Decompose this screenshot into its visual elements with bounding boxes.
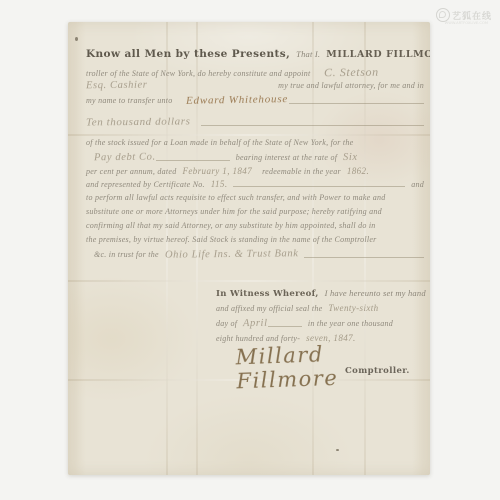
printed-text: and represented by Certificate No. <box>86 180 205 189</box>
printed-text: I have hereunto set my hand <box>325 288 426 298</box>
headline-script: That I. <box>296 49 320 59</box>
paper-crease <box>68 134 430 136</box>
printed-text: the premises, by virtue hereof. Said Sto… <box>86 235 377 244</box>
body-line: troller of the State of New York, do her… <box>86 65 424 80</box>
printed-text: eight hundred and forty- <box>216 334 300 343</box>
body-line: the premises, by virtue hereof. Said Sto… <box>86 235 424 244</box>
photo-background: 艺狐在线 WWW.ARTFOXLIVE.COM Know all Men by … <box>0 0 500 500</box>
body-line: per cent per annum, dated February 1, 18… <box>86 166 424 176</box>
printed-text: confirming all that my said Attorney, or… <box>86 221 376 230</box>
handwritten-month: April <box>243 318 268 329</box>
handwritten-appointee: C. Stetson <box>324 65 379 81</box>
watermark-row: 艺狐在线 <box>436 8 500 22</box>
handwritten-text: Esq. Cashier <box>86 80 148 92</box>
printed-text: troller of the State of New York, do her… <box>86 69 310 78</box>
printed-text: my true and lawful attorney, for me and … <box>278 81 424 90</box>
handwritten-date: February 1, 1847 <box>182 166 252 176</box>
handwritten-transferee: Edward Whitehouse <box>186 93 288 107</box>
site-watermark: 艺狐在线 WWW.ARTFOXLIVE.COM <box>436 8 500 29</box>
body-line: Esq. Cashier my true and lawful attorney… <box>86 80 424 91</box>
artfox-logo-icon <box>436 8 450 22</box>
paper-crease <box>68 280 430 282</box>
witness-line: day of April in the year one thousand <box>216 318 422 329</box>
printed-text: to perform all lawful acts requisite to … <box>86 193 385 202</box>
paper-speck <box>75 37 78 41</box>
body-line: my name to transfer unto Edward Whitehou… <box>86 94 424 106</box>
body-line: and represented by Certificate No. 115. … <box>86 179 424 189</box>
handwritten-amount: Ten thousand dollars <box>86 115 191 128</box>
printed-text: and affixed my official seal the <box>216 304 322 313</box>
blank-rule <box>156 160 230 161</box>
body-line: &c. in trust for the Ohio Life Ins. & Tr… <box>94 249 424 260</box>
printed-text: substitute one or more Attorneys under h… <box>86 207 382 216</box>
printed-text: &c. in trust for the <box>94 250 159 259</box>
watermark-chinese-text: 艺狐在线 <box>452 9 492 22</box>
handwritten-fund: Pay debt Co. <box>94 152 156 164</box>
printed-text: bearing interest at the rate of <box>236 153 337 162</box>
blank-rule <box>289 103 424 104</box>
body-line: substitute one or more Attorneys under h… <box>86 207 424 216</box>
blank-rule <box>233 186 405 187</box>
body-line: Ten thousand dollars <box>86 116 424 128</box>
comptroller-title: Comptroller. <box>345 366 410 376</box>
body-line: Pay debt Co. bearing interest at the rat… <box>94 152 424 163</box>
printed-text: per cent per annum, dated <box>86 167 176 176</box>
blank-rule <box>201 125 424 126</box>
handwritten-rate: Six <box>343 152 358 163</box>
body-line: confirming all that my said Attorney, or… <box>86 221 424 230</box>
blank-rule <box>268 326 302 327</box>
printed-text: redeemable in the year <box>262 167 341 176</box>
paper-speck <box>336 449 339 451</box>
printed-text: of the stock issued for a Loan made in b… <box>86 138 353 147</box>
body-line: of the stock issued for a Loan made in b… <box>86 138 424 147</box>
printed-text: day of <box>216 319 237 328</box>
printed-text: and <box>411 180 424 189</box>
headline-line: Know all Men by these Presents, That I. … <box>86 48 424 60</box>
witness-line: and affixed my official seal the Twenty-… <box>216 303 422 313</box>
handwritten-year: 1862. <box>347 166 369 176</box>
witness-bold-text: In Witness Whereof, <box>216 289 319 299</box>
body-line: to perform all lawful acts requisite to … <box>86 193 424 202</box>
printed-text: my name to transfer unto <box>86 96 172 105</box>
handwritten-day: Twenty-sixth <box>328 303 378 313</box>
watermark-url-text: WWW.ARTFOXLIVE.COM <box>445 21 488 25</box>
headline-name: MILLARD FILLMORE, <box>326 49 430 60</box>
headline-blackletter: Know all Men by these Presents, <box>86 48 290 60</box>
blank-rule <box>304 257 424 258</box>
handwritten-trust-name: Ohio Life Ins. & Trust Bank <box>165 248 299 260</box>
witness-line: In Witness Whereof, I have hereunto set … <box>216 288 422 299</box>
printed-text: in the year one thousand <box>308 319 393 328</box>
handwritten-certificate-no: 115. <box>211 179 228 189</box>
document-paper: Know all Men by these Presents, That I. … <box>68 22 430 475</box>
